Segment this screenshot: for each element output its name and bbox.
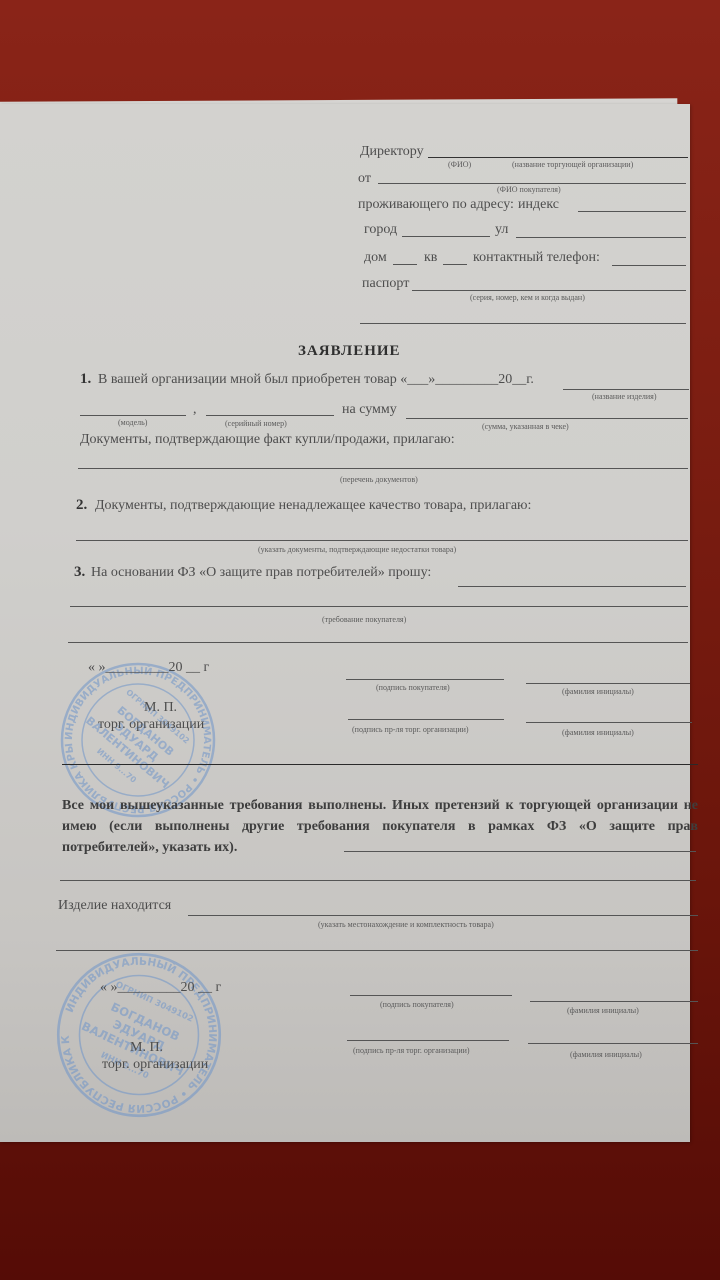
item-location-label: Изделие находится	[58, 898, 171, 914]
phone-field[interactable]	[612, 265, 686, 266]
buyer-name-field-1[interactable]	[526, 683, 690, 684]
sig1-date: « »_________20 __ г	[88, 660, 209, 676]
item1-text: В вашей организации мной был приобретен …	[98, 372, 534, 388]
sum-caption: (сумма, указанная в чеке)	[482, 422, 569, 431]
rep-name-field-1[interactable]	[526, 722, 692, 723]
quality-docs-field[interactable]	[76, 540, 688, 541]
product-name-field[interactable]	[563, 389, 689, 390]
buyer-name-caption-1: (фамилия инициалы)	[562, 687, 634, 696]
index-field[interactable]	[578, 211, 686, 212]
buyer-signature-field-1[interactable]	[346, 679, 504, 680]
sum-label: на сумму	[342, 402, 397, 418]
item3-number: 3.	[74, 564, 85, 581]
closing-paragraph: Все мои вышеуказанные требования выполне…	[62, 795, 698, 858]
address-label: проживающего по адресу:	[358, 197, 514, 213]
item-location-field[interactable]	[188, 915, 698, 916]
sig1-stamp-label: М. П.	[144, 700, 177, 716]
other-requirements-field-2[interactable]	[60, 880, 696, 881]
passport-field[interactable]	[412, 290, 686, 291]
buyer-name-caption-2: (фамилия инициалы)	[567, 1006, 639, 1015]
request-field-2[interactable]	[70, 606, 688, 607]
docs-purchase-text: Документы, подтверждающие факт купли/про…	[80, 432, 455, 448]
item3-text: На основании ФЗ «О защите прав потребите…	[91, 565, 431, 581]
buyer-signature-caption-2: (подпись покупателя)	[380, 1000, 454, 1009]
item2-text: Документы, подтверждающие ненадлежащее к…	[95, 498, 531, 514]
rep-signature-field-1[interactable]	[348, 719, 504, 720]
house-label: дом	[364, 250, 387, 266]
buyer-signature-field-2[interactable]	[350, 995, 512, 996]
city-field[interactable]	[402, 236, 490, 237]
serial-field[interactable]	[206, 415, 334, 416]
request-field[interactable]	[458, 586, 686, 587]
street-label: ул	[495, 222, 508, 238]
index-label: индекс	[518, 197, 559, 213]
rep-signature-field-2[interactable]	[347, 1040, 509, 1041]
sum-field[interactable]	[406, 418, 688, 419]
passport-label: паспорт	[362, 276, 409, 292]
rep-signature-caption-2: (подпись пр-ля торг. организации)	[353, 1046, 470, 1055]
model-caption: (модель)	[118, 418, 147, 427]
docs-purchase-field[interactable]	[78, 468, 688, 469]
document-title: ЗАЯВЛЕНИЕ	[298, 343, 401, 360]
from-field[interactable]	[378, 183, 686, 184]
house-field[interactable]	[393, 264, 417, 265]
item2-number: 2.	[76, 497, 87, 514]
quality-docs-caption: (указать документы, подтверждающие недос…	[258, 545, 456, 554]
apt-label: кв	[424, 250, 437, 266]
phone-label: контактный телефон:	[473, 250, 600, 266]
city-label: город	[364, 222, 397, 238]
sig2-stamp-label: М. П.	[130, 1040, 163, 1056]
rep-signature-caption-1: (подпись пр-ля торг. организации)	[352, 725, 469, 734]
director-field[interactable]	[428, 157, 688, 158]
docs-purchase-caption: (перечень документов)	[340, 475, 418, 484]
buyer-signature-caption-1: (подпись покупателя)	[376, 683, 450, 692]
passport-field-2[interactable]	[360, 323, 686, 324]
sig1-org-label: торг. организации	[98, 717, 204, 733]
from-caption: (ФИО покупателя)	[497, 185, 561, 194]
serial-caption: (серийный номер)	[225, 419, 287, 428]
rep-name-caption-1: (фамилия инициалы)	[562, 728, 634, 737]
street-field[interactable]	[516, 237, 686, 238]
rep-name-field-2[interactable]	[528, 1043, 698, 1044]
passport-caption: (серия, номер, кем и когда выдан)	[470, 293, 585, 302]
sig2-org-label: торг. организации	[102, 1057, 208, 1073]
buyer-name-field-2[interactable]	[530, 1001, 698, 1002]
section-divider	[62, 764, 698, 765]
seal-stamp-icon-2: ИНДИВИДУАЛЬНЫЙ ПРЕДПРИНИМАТЕЛЬ • РОССИЯ …	[54, 950, 224, 1120]
request-caption: (требование покупателя)	[322, 615, 406, 624]
director-caption-fio: (ФИО)	[448, 160, 471, 169]
model-field[interactable]	[80, 415, 186, 416]
other-requirements-field[interactable]	[344, 851, 696, 852]
from-label: от	[358, 171, 371, 187]
item-location-caption: (указать местонахождение и комплектность…	[318, 920, 494, 929]
product-caption: (название изделия)	[592, 392, 657, 401]
director-caption-org: (название торгующей организации)	[512, 160, 633, 169]
director-label: Директору	[360, 144, 424, 160]
apt-field[interactable]	[443, 264, 467, 265]
item1-number: 1.	[80, 371, 91, 388]
request-field-3[interactable]	[68, 642, 688, 643]
sig2-date: « »_________20 __ г	[100, 980, 221, 996]
rep-name-caption-2: (фамилия инициалы)	[570, 1050, 642, 1059]
